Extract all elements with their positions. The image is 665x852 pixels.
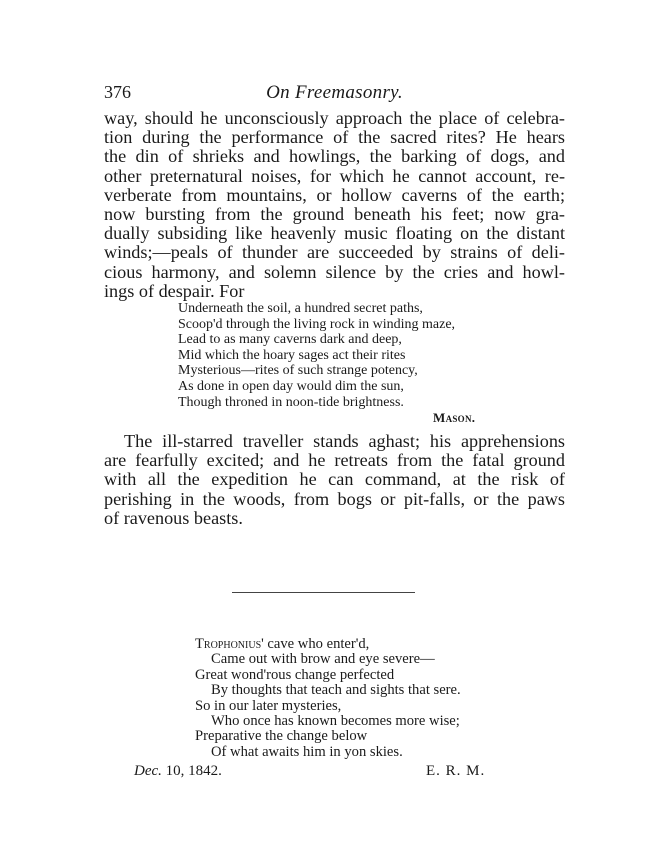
verse-line: Scoop'd through the living rock in windi… (178, 317, 455, 333)
verse-line: Underneath the soil, a hundred secret pa… (178, 301, 455, 317)
text-line: tion during the performance of the sacre… (104, 128, 565, 147)
verse-line: Mysterious—rites of such strange potency… (178, 363, 455, 379)
verse-line: Mid which the hoary sages act their rite… (178, 348, 455, 364)
text-line: verberate from mountains, or hollow cave… (104, 186, 565, 205)
running-head: 376 On Freemasonry. (104, 82, 565, 106)
quote-attribution: Mason. (433, 410, 475, 426)
text-line: perishing in the woods, from bogs or pit… (104, 490, 565, 509)
signature: E. R. M. (426, 763, 485, 780)
poem: Trophonius' cave who enter'd, Came out w… (195, 637, 461, 760)
paragraph-2: The ill-starred traveller stands aghast;… (104, 432, 565, 528)
verse-line: Preparative the change below (195, 729, 461, 744)
book-page: 376 On Freemasonry. way, should he uncon… (0, 0, 665, 852)
verse-line: So in our later mysteries, (195, 699, 461, 714)
text-line: way, should he unconsciously approach th… (104, 109, 565, 128)
verse-line: Came out with brow and eye severe— (195, 652, 461, 667)
verse-line: Trophonius' cave who enter'd, (195, 637, 461, 652)
paragraph-1: way, should he unconsciously approach th… (104, 109, 565, 301)
verse-line: Of what awaits him in yon skies. (195, 745, 461, 760)
text-line: other preternatural noises, for which he… (104, 167, 565, 186)
verse-line: Though throned in noon-tide brightness. (178, 395, 455, 411)
section-divider (232, 592, 415, 593)
text-line: are fearfully excited; and he retreats f… (104, 451, 565, 470)
verse-line: As done in open day would dim the sun, (178, 379, 455, 395)
text-line: dually subsiding like heavenly music flo… (104, 224, 565, 243)
text-line: the din of shrieks and howlings, the bar… (104, 147, 565, 166)
text-line: ings of despair. For (104, 282, 565, 301)
text-line: with all the expedition he can command, … (104, 470, 565, 489)
dateline: Dec. 10, 1842. (134, 763, 222, 780)
running-title: On Freemasonry. (104, 82, 565, 104)
text-line: The ill-starred traveller stands aghast;… (104, 432, 565, 451)
verse-line: Great wond'rous change perfected (195, 668, 461, 683)
verse-line: By thoughts that teach and sights that s… (195, 683, 461, 698)
verse-line: Lead to as many caverns dark and deep, (178, 332, 455, 348)
text-line: winds;—peals of thunder are succeeded by… (104, 243, 565, 262)
block-quotation: Underneath the soil, a hundred secret pa… (178, 301, 455, 410)
text-line: now bursting from the ground beneath his… (104, 205, 565, 224)
poem-first-word: Trophonius' (195, 636, 264, 652)
text-line: cious harmony, and solemn silence by the… (104, 263, 565, 282)
verse-line: Who once has known becomes more wise; (195, 714, 461, 729)
text-line: of ravenous beasts. (104, 509, 565, 528)
